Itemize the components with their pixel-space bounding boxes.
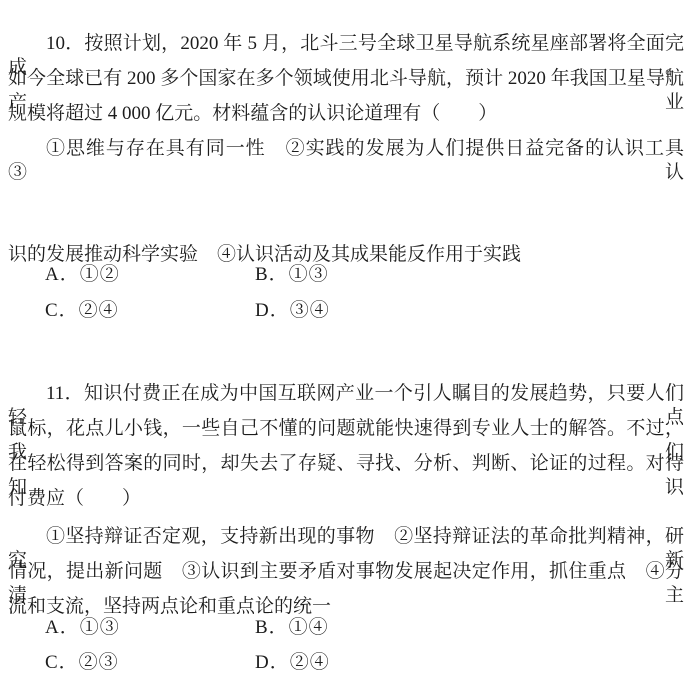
q11-stem-line-4: 付费应（ ）	[8, 487, 684, 511]
q10-option-c: C．②④	[45, 299, 119, 323]
q10-option-d: D．③④	[255, 299, 330, 323]
q10-statements-line-1: ①思维与存在具有同一性 ②实践的发展为人们提供日益完备的认识工具 ③认	[8, 137, 684, 185]
q11-option-d: D．②④	[255, 651, 330, 675]
document-page: 10．按照计划，2020 年 5 月，北斗三号全球卫星导航系统星座部署将全面完成…	[0, 0, 692, 676]
q10-option-a: A．①②	[45, 263, 120, 287]
q10-option-b: B．①③	[255, 263, 329, 287]
q10-stem-line-3: 规模将超过 4 000 亿元。材料蕴含的认识论道理有（ ）	[8, 102, 684, 126]
q11-option-a: A．①③	[45, 616, 120, 640]
q11-option-b: B．①④	[255, 616, 329, 640]
q11-option-c: C．②③	[45, 651, 119, 675]
